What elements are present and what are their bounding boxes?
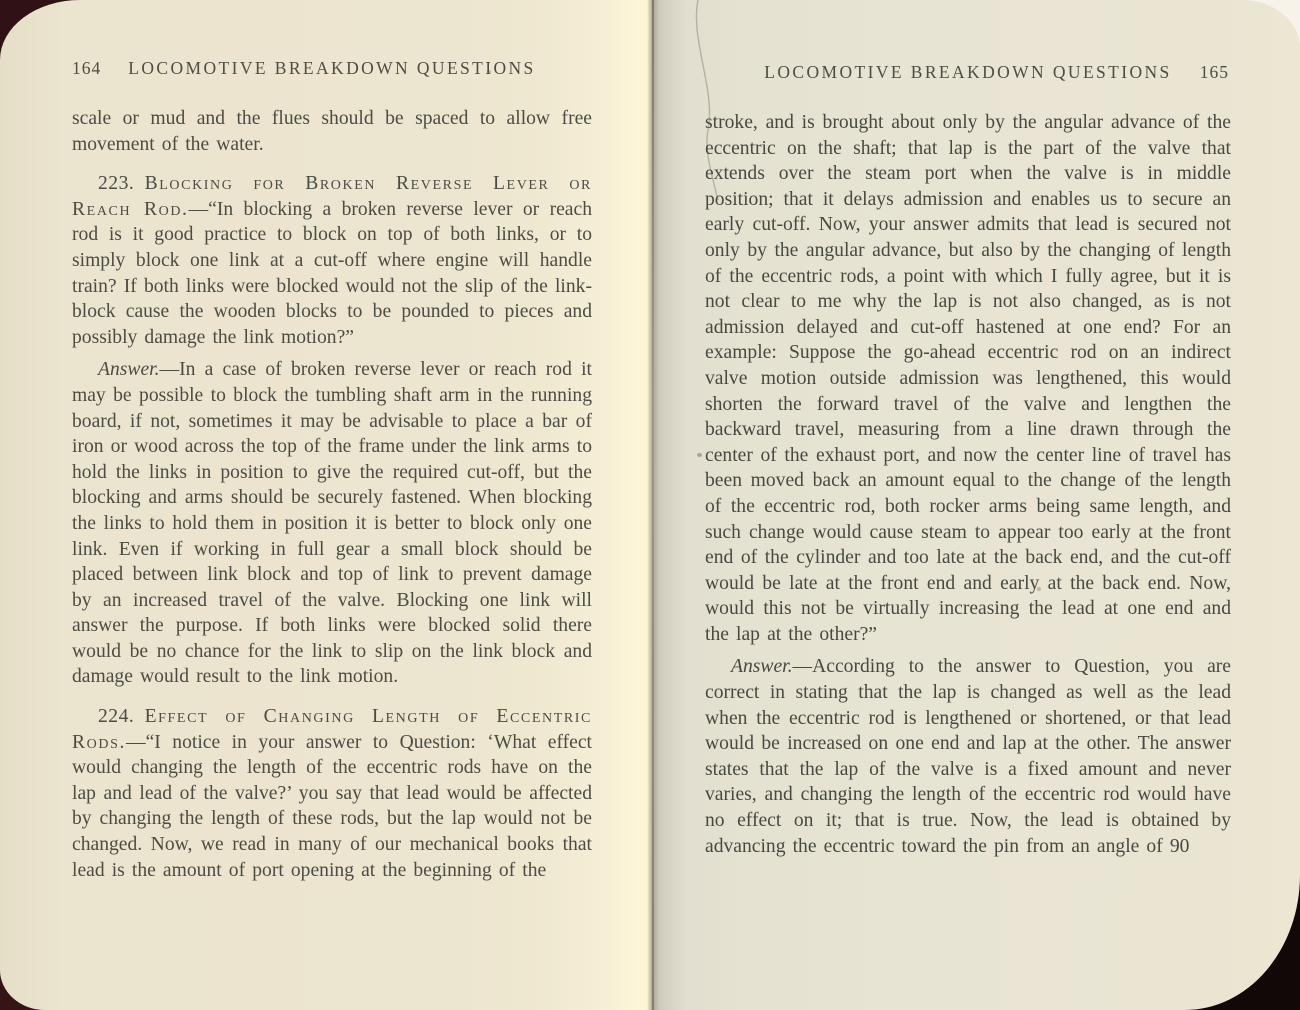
paragraph: Answer.—In a case of broken reverse leve…: [72, 357, 592, 690]
right-page-header: LOCOMOTIVE BREAKDOWN QUESTIONS 165: [705, 62, 1231, 92]
right-running-title: LOCOMOTIVE BREAKDOWN QUESTIONS: [705, 62, 1231, 83]
left-running-title: LOCOMOTIVE BREAKDOWN QUESTIONS: [72, 58, 592, 79]
book-spread: 164 LOCOMOTIVE BREAKDOWN QUESTIONS scale…: [0, 0, 1300, 1010]
paragraph: 224. Effect of Changing Length of Eccent…: [72, 704, 592, 883]
text-segment-num: 224.: [98, 706, 145, 727]
text-segment-italic: Answer.: [731, 656, 793, 677]
right-page-number: 165: [1200, 62, 1229, 83]
right-page-body: stroke, and is brought about only by the…: [705, 110, 1231, 859]
paragraph: stroke, and is brought about only by the…: [705, 110, 1231, 647]
text-segment-plain: scale or mud and the flues should be spa…: [72, 108, 592, 155]
text-segment-plain: —According to the answer to Question, yo…: [705, 656, 1231, 856]
left-page-text-column: 164 LOCOMOTIVE BREAKDOWN QUESTIONS scale…: [72, 58, 592, 883]
text-segment-plain: stroke, and is brought about only by the…: [705, 112, 1231, 645]
paragraph: Answer.—According to the answer to Quest…: [705, 654, 1231, 859]
text-segment-plain: —In a case of broken reverse lever or re…: [72, 359, 592, 687]
left-page-number: 164: [72, 58, 101, 79]
paragraph: scale or mud and the flues should be spa…: [72, 106, 592, 157]
text-segment-italic: Answer.: [98, 359, 160, 380]
text-segment-plain: —“I notice in your answer to Question: ‘…: [72, 732, 592, 881]
text-segment-num: 223.: [98, 173, 145, 194]
right-page-text-column: LOCOMOTIVE BREAKDOWN QUESTIONS 165 strok…: [705, 62, 1231, 859]
text-segment-plain: —“In blocking a broken reverse lever or …: [72, 199, 592, 348]
left-page-body: scale or mud and the flues should be spa…: [72, 106, 592, 883]
left-page-header: 164 LOCOMOTIVE BREAKDOWN QUESTIONS: [72, 58, 592, 88]
paragraph: 223. Blocking for Broken Reverse Lever o…: [72, 171, 592, 350]
